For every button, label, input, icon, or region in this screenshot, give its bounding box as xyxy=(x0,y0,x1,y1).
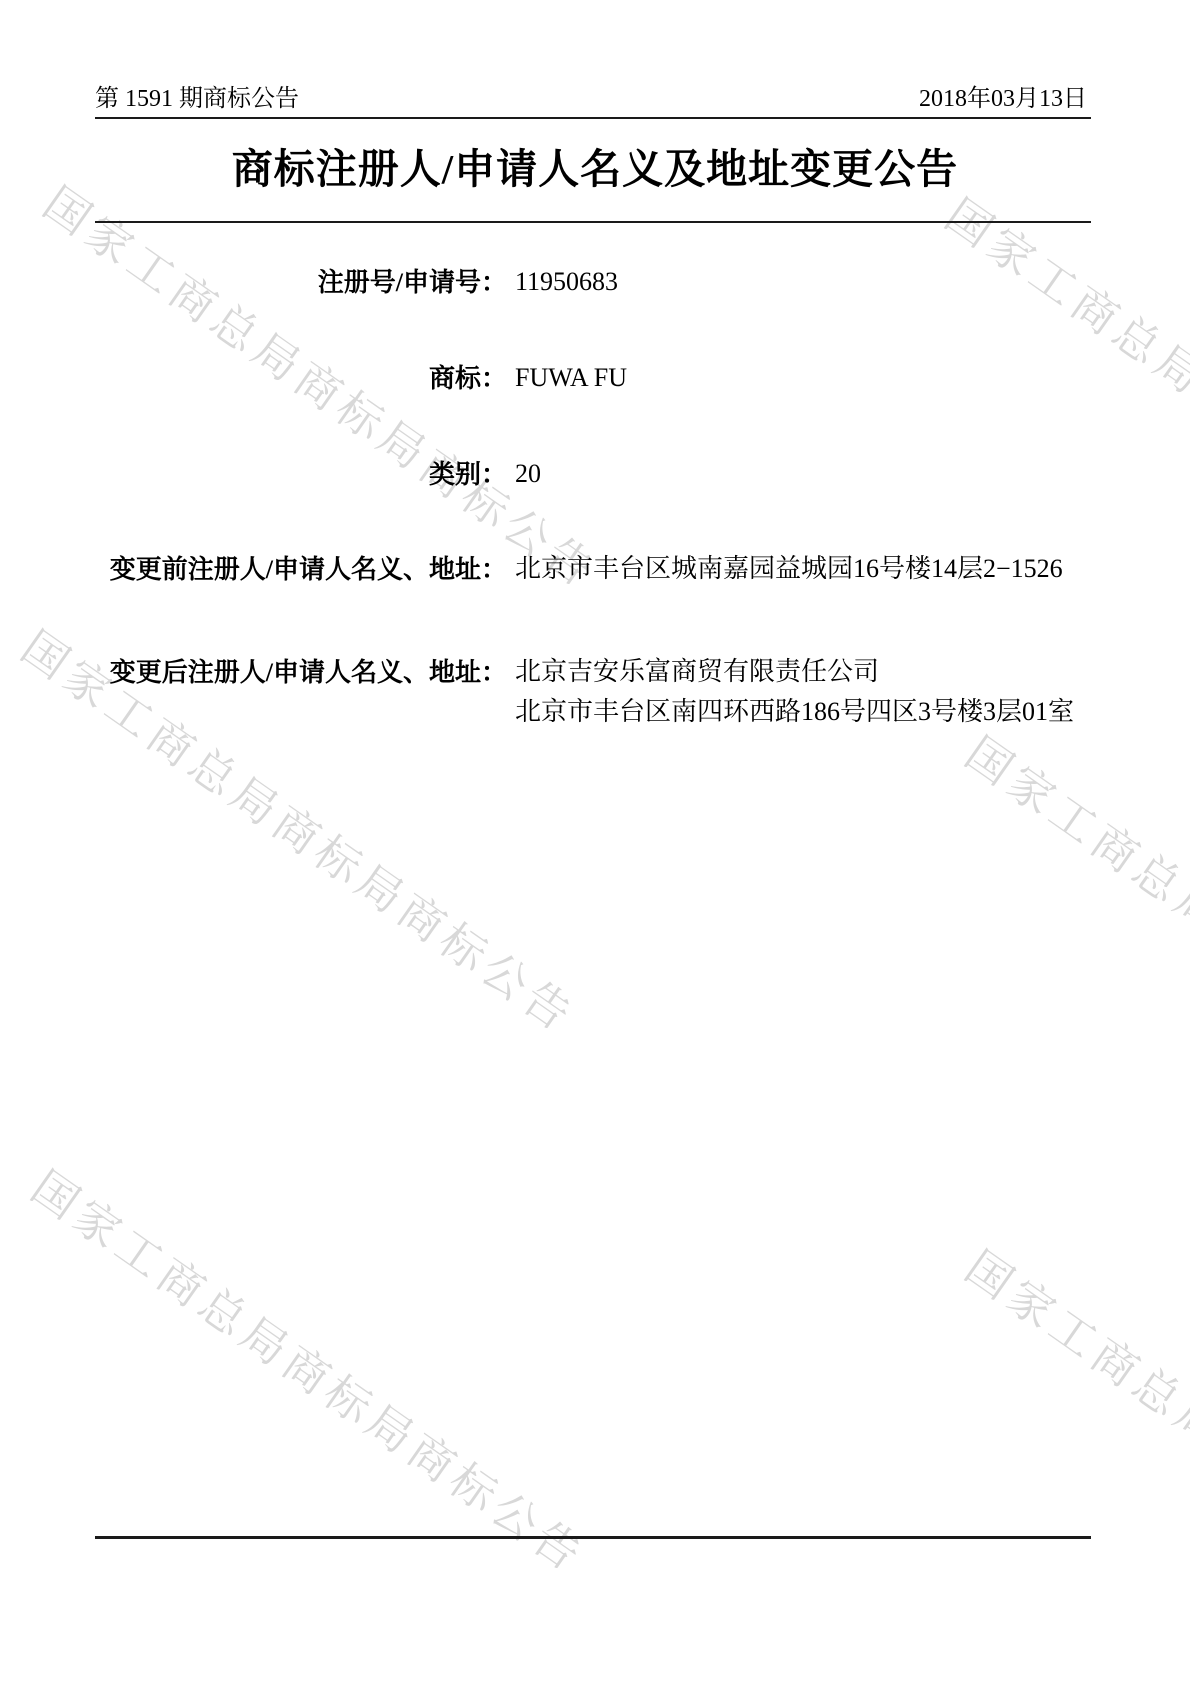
announcement-title: 商标注册人/申请人名义及地址变更公告 xyxy=(0,136,1190,195)
field-value-before-change: 北京市丰台区城南嘉园益城园16号楼14层2−1526 xyxy=(515,549,1063,589)
field-label-before-change: 变更前注册人/申请人名义、地址： xyxy=(95,549,507,586)
gazette-date: 2018年03月13日 xyxy=(919,84,1087,114)
field-label-registration-number: 注册号/申请号： xyxy=(95,262,507,299)
watermark-text: 国家工商总局商标局商标公告 xyxy=(21,1152,601,1586)
title-rule xyxy=(95,221,1091,223)
field-label-after-change: 变更后注册人/申请人名义、地址： xyxy=(95,652,507,689)
field-label-class: 类别： xyxy=(95,454,507,491)
field-value-after-change: 北京吉安乐富商贸有限责任公司 北京市丰台区南四环西路186号四区3号楼3层01室 xyxy=(515,652,1074,732)
header-rule xyxy=(95,117,1091,119)
watermark-text: 国家工商总局商标局商标公告 xyxy=(955,1232,1190,1666)
field-label-trademark: 商标： xyxy=(95,358,507,395)
watermark-text: 国家工商总局商标局商标公告 xyxy=(955,718,1190,1152)
field-value-registration-number: 11950683 xyxy=(515,262,618,302)
gazette-page: 国家工商总局商标局商标公告 国家工商总局商标局商标公告 国家工商总局商标局商标公… xyxy=(0,0,1190,1684)
footer-rule xyxy=(95,1536,1091,1539)
after-change-name: 北京吉安乐富商贸有限责任公司 xyxy=(515,652,1074,692)
gazette-issue-label: 第 1591 期商标公告 xyxy=(95,84,299,114)
field-value-trademark: FUWA FU xyxy=(515,358,627,398)
after-change-address: 北京市丰台区南四环西路186号四区3号楼3层01室 xyxy=(515,692,1074,732)
field-value-class: 20 xyxy=(515,454,541,494)
